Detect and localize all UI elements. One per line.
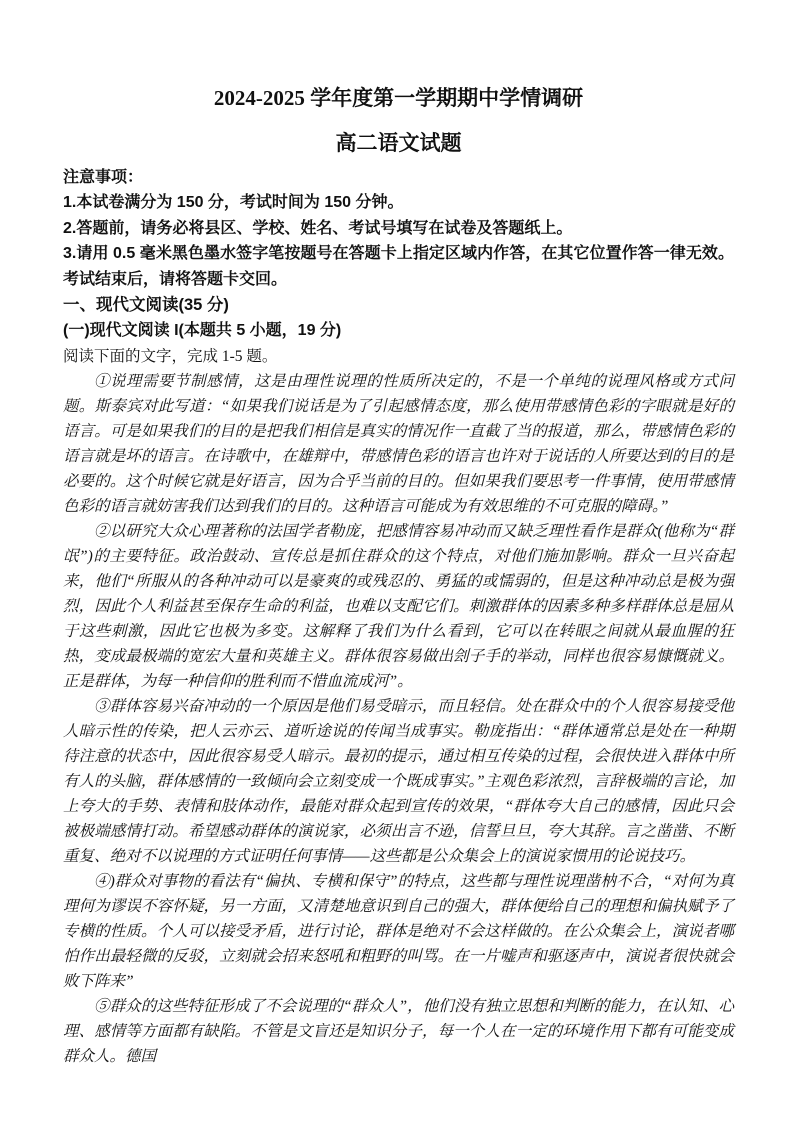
sub-section-heading-reading-1: (一)现代文阅读 I(本题共 5 小题，19 分): [63, 318, 734, 344]
section-heading-modern-reading: 一、现代文阅读(35 分): [63, 292, 734, 318]
notice-block: 注意事项： 1.本试卷满分为 150 分，考试时间为 150 分钟。 2.答题前…: [63, 165, 734, 292]
passage-paragraph-1: ①说理需要节制感情，这是由理性说理的性质所决定的，不是一个单纯的说理风格或方式问…: [63, 369, 734, 519]
passage-paragraph-2: ②以研究大众心理著称的法国学者勒庞，把感情容易冲动而又缺乏理性看作是群众(他称为…: [63, 519, 734, 694]
reading-instruction: 阅读下面的文字，完成 1-5 题。: [63, 344, 734, 369]
page-title: 2024-2025 学年度第一学期期中学情调研: [63, 85, 734, 111]
passage-paragraph-5: ⑤群众的这些特征形成了不会说理的“群众人”，他们没有独立思想和判断的能力，在认知…: [63, 994, 734, 1069]
notice-heading: 注意事项：: [63, 165, 734, 190]
exam-paper-page: 2024-2025 学年度第一学期期中学情调研 高二语文试题 注意事项： 1.本…: [0, 0, 794, 1123]
notice-item-3: 3.请用 0.5 毫米黑色墨水签字笔按题号在答题卡上指定区域内作答，在其它位置作…: [63, 241, 734, 292]
notice-item-1: 1.本试卷满分为 150 分，考试时间为 150 分钟。: [63, 190, 734, 216]
passage-paragraph-3: ③群体容易兴奋冲动的一个原因是他们易受暗示，而且轻信。处在群众中的个人很容易接受…: [63, 694, 734, 869]
page-subtitle: 高二语文试题: [63, 130, 734, 156]
reading-passage: ①说理需要节制感情，这是由理性说理的性质所决定的，不是一个单纯的说理风格或方式问…: [63, 369, 734, 1069]
notice-item-2: 2.答题前，请务必将县区、学校、姓名、考试号填写在试卷及答题纸上。: [63, 216, 734, 242]
passage-paragraph-4: ④)群众对事物的看法有“偏执、专横和保守”的特点，这些都与理性说理凿枘不合，“对…: [63, 869, 734, 994]
